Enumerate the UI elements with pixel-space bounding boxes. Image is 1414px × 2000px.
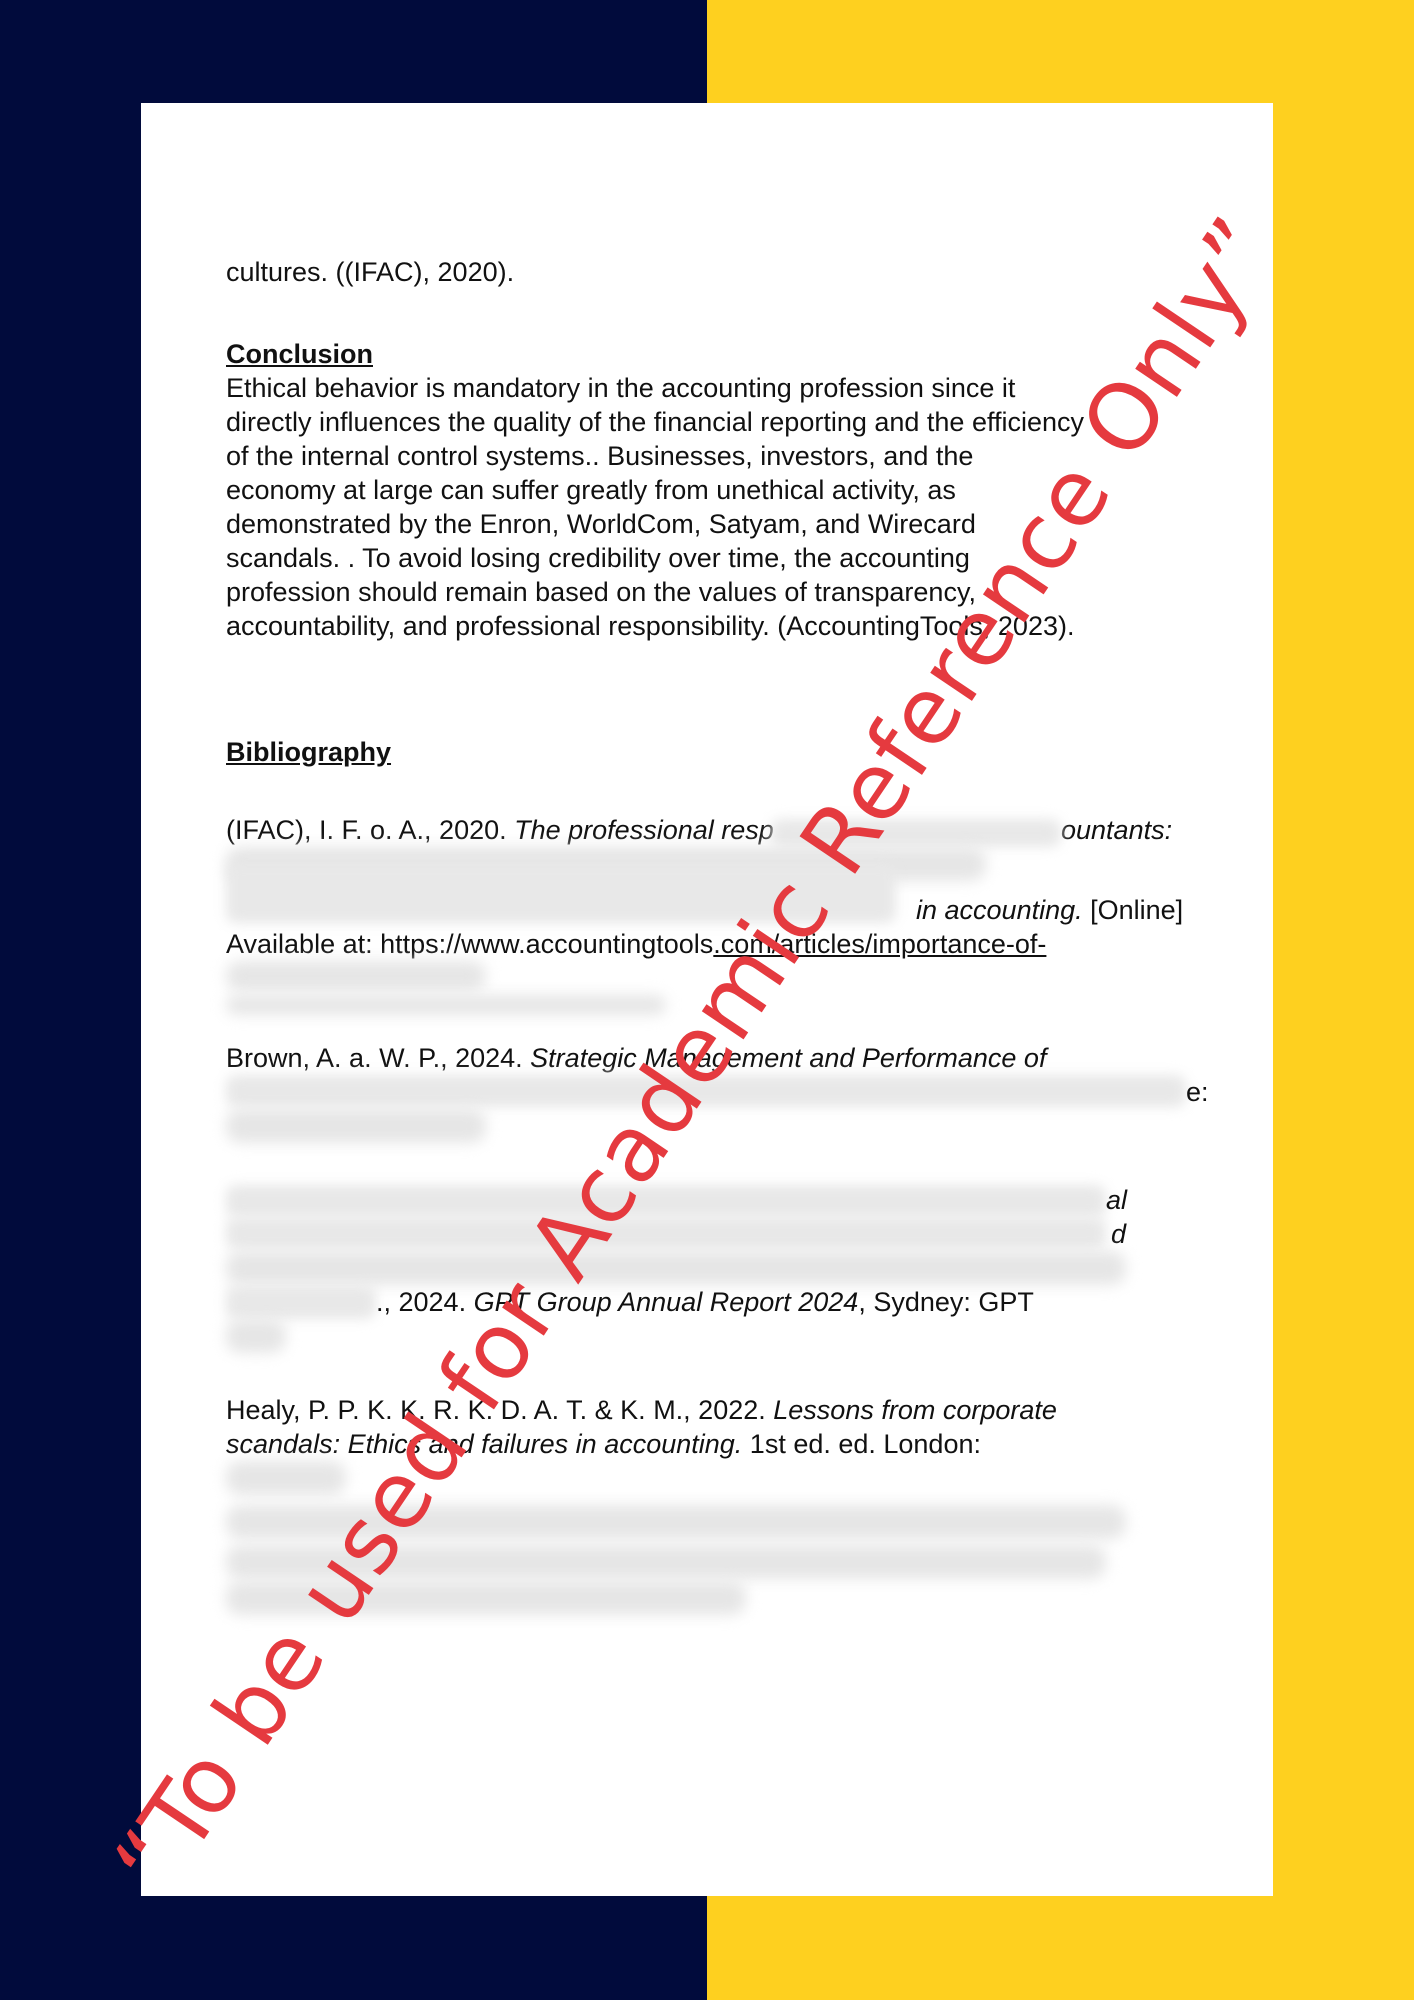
- ref-line-end: al: [1106, 1183, 1127, 1217]
- ref-url[interactable]: .com/articles/importance-of-: [713, 929, 1046, 959]
- conclusion-line: directly influences the quality of the f…: [226, 405, 1206, 439]
- ref-authors: Healy, P. P. K. K. R. K. D. A. T. & K. M…: [226, 1395, 773, 1425]
- redacted-text: [226, 1251, 1126, 1285]
- bibliography-entry-brown: Brown, A. a. W. P., 2024. Strategic Mana…: [226, 1041, 1206, 1075]
- redacted-text: [226, 1319, 286, 1353]
- ref-publisher: , Sydney: GPT: [858, 1287, 1034, 1317]
- ref-online: [Online]: [1083, 895, 1184, 925]
- ref-title-cont: scandals: Ethics and failures in account…: [226, 1429, 742, 1459]
- conclusion-line: of the internal control systems.. Busine…: [226, 439, 1206, 473]
- conclusion-heading: Conclusion: [226, 337, 1206, 371]
- conclusion-line: Ethical behavior is mandatory in the acc…: [226, 371, 1206, 405]
- document-page: cultures. ((IFAC), 2020). Conclusion Eth…: [141, 103, 1273, 1896]
- ref-authors: (IFAC), I. F. o. A., 2020.: [226, 815, 514, 845]
- ref-authors-tail: ., 2024.: [376, 1287, 474, 1317]
- ref-authors: Brown, A. a. W. P., 2024.: [226, 1043, 530, 1073]
- ref-url-start[interactable]: https://www.accountingtools: [380, 929, 713, 959]
- conclusion-line: scandals. . To avoid losing credibility …: [226, 541, 1206, 575]
- ref-url-line: Available at: https://www.accountingtool…: [226, 927, 1206, 961]
- conclusion-line: economy at large can suffer greatly from…: [226, 473, 1206, 507]
- carryover-line: cultures. ((IFAC), 2020).: [226, 255, 1206, 289]
- bibliography-entry-accountingtools: in accounting. [Online]: [226, 893, 1206, 927]
- ref-title: Lessons from corporate: [773, 1395, 1057, 1425]
- bibliography-entry-redacted: al: [226, 1183, 1206, 1217]
- ref-title-end: in accounting.: [916, 895, 1083, 925]
- ref-line-end: d: [1111, 1217, 1126, 1251]
- redacted-text: [226, 1505, 1126, 1539]
- redacted-text: [226, 995, 666, 1015]
- ref-edition: 1st ed. ed. London:: [742, 1429, 981, 1459]
- conclusion-line: profession should remain based on the va…: [226, 575, 1206, 609]
- ref-title: GPT Group Annual Report 2024: [474, 1287, 859, 1317]
- bibliography-entry-gpt: ., 2024. GPT Group Annual Report 2024, S…: [226, 1285, 1206, 1319]
- redacted-text: [226, 1545, 1106, 1579]
- bibliography-entry-ifac: (IFAC), I. F. o. A., 2020. The professio…: [226, 813, 1206, 847]
- ref-title-end: ountants:: [1061, 813, 1172, 847]
- ref-available-label: Available at:: [226, 929, 380, 959]
- redacted-text: [226, 961, 486, 991]
- conclusion-paragraph: Ethical behavior is mandatory in the acc…: [226, 371, 1206, 643]
- redacted-text: [226, 1581, 746, 1615]
- ref-line-end: e:: [1186, 1075, 1209, 1109]
- conclusion-line: accountability, and professional respons…: [226, 609, 1206, 643]
- ref-title: The professional resp: [514, 815, 774, 845]
- redacted-text: [226, 1461, 346, 1495]
- ref-title: Strategic Management and Performance of: [530, 1043, 1046, 1073]
- document-content: cultures. ((IFAC), 2020). Conclusion Eth…: [226, 255, 1206, 1615]
- bibliography-entry-healy: Healy, P. P. K. K. R. K. D. A. T. & K. M…: [226, 1393, 1206, 1427]
- conclusion-line: demonstrated by the Enron, WorldCom, Sat…: [226, 507, 1206, 541]
- redacted-text: [226, 1109, 486, 1143]
- bibliography-heading: Bibliography: [226, 735, 1206, 769]
